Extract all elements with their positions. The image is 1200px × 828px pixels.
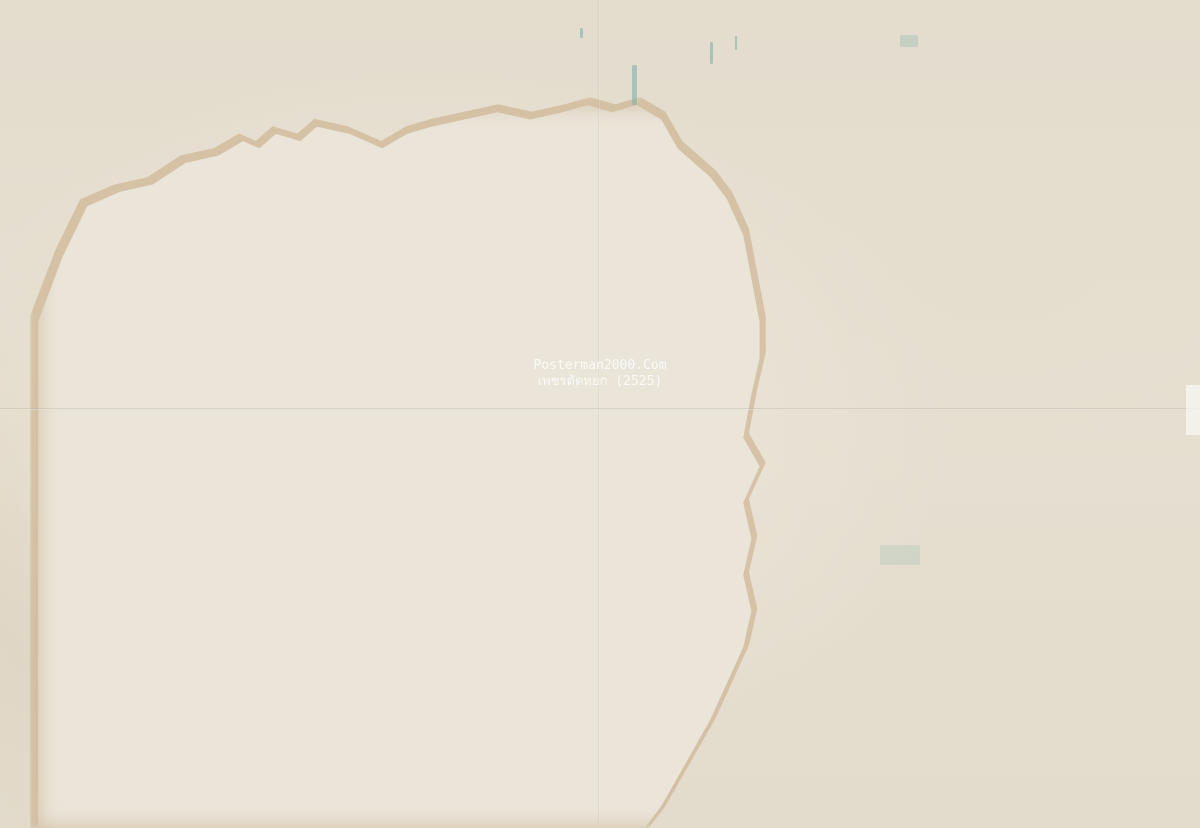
watermark-line-2: เพชรตัดหยก (2525) [500, 374, 700, 390]
aged-paper: Posterman2000.Com เพชรตัดหยก (2525) [0, 0, 1200, 828]
ink-mark [735, 36, 737, 50]
horizontal-fold-crease [0, 408, 1200, 410]
ink-mark [900, 35, 918, 47]
vertical-fold-crease [598, 0, 600, 828]
ink-mark [632, 65, 637, 105]
ink-mark [580, 28, 583, 38]
ink-mark [880, 545, 920, 565]
watermark: Posterman2000.Com เพชรตัดหยก (2525) [500, 358, 700, 390]
watermark-line-1: Posterman2000.Com [500, 358, 700, 374]
tape-piece [1186, 385, 1200, 435]
ink-mark [710, 42, 713, 64]
